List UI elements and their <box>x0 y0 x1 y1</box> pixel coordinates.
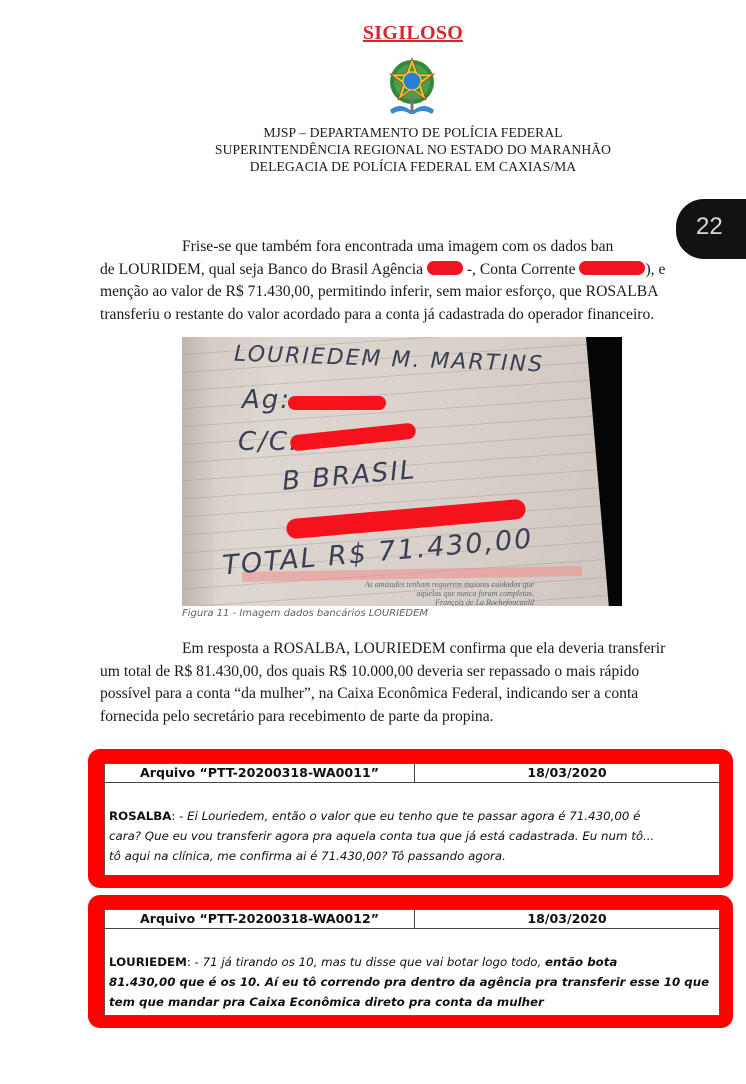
text-segment: -, Conta Corrente <box>463 261 580 278</box>
header-line-ministry: MJSP – DEPARTAMENTO DE POLÍCIA FEDERAL <box>0 125 746 141</box>
speaker-separator: : - <box>187 955 203 969</box>
printed-quote: As amizades tenham requerem maiores cuid… <box>314 580 534 606</box>
transcript-date: 18/03/2020 <box>415 764 719 782</box>
transcript-highlight-box: Arquivo “PTT-20200318-WA0011” 18/03/2020… <box>88 749 733 888</box>
speaker-name: LOURIEDEM <box>109 955 187 969</box>
quote-line: As amizades tenham requerem maiores cuid… <box>314 580 534 589</box>
redaction-mark <box>579 261 645 275</box>
paragraph-response: Em resposta a ROSALBA, LOURIEDEM confirm… <box>100 638 724 728</box>
quote-line: aquelas que nunca foram completas. <box>314 589 534 598</box>
transcript-text: Ei Louriedem, então o valor que eu tenho… <box>187 809 640 823</box>
quote-line: François de La Rochefoucauld <box>314 598 534 606</box>
redaction-mark <box>288 396 386 410</box>
transcript-table: Arquivo “PTT-20200318-WA0011” 18/03/2020… <box>104 763 720 876</box>
transcript-line: ROSALBA: - Ei Louriedem, então o valor q… <box>109 806 716 826</box>
speaker-separator: : - <box>171 809 187 823</box>
paragraph-line: fornecida pelo secretário para recebimen… <box>100 706 724 729</box>
speaker-name: ROSALBA <box>109 809 171 823</box>
text-segment: de LOURIDEM, qual seja Banco do Brasil A… <box>100 261 427 278</box>
figure-bank-note-photo: LOURIEDEM M. MARTINS Ag: C/C: B BRASIL T… <box>182 337 622 606</box>
transcript-header-row: Arquivo “PTT-20200318-WA0012” 18/03/2020 <box>105 910 719 929</box>
transcript-date: 18/03/2020 <box>415 910 719 928</box>
paragraph-line: de LOURIDEM, qual seja Banco do Brasil A… <box>100 259 724 282</box>
transcript-line: cara? Que eu vou transferir agora pra aq… <box>109 826 716 846</box>
transcript-text-emphasis: 81.430,00 que é os 10. Aí eu tô correndo… <box>109 975 709 989</box>
transcript-body: LOURIEDEM: - 71 já tirando os 10, mas tu… <box>109 952 716 1012</box>
paragraph-line: Em resposta a ROSALBA, LOURIEDEM confirm… <box>100 638 724 661</box>
header-line-superintendency: SUPERINTENDÊNCIA REGIONAL NO ESTADO DO M… <box>0 142 746 158</box>
transcript-line: tem que mandar pra Caixa Econômica diret… <box>109 992 716 1012</box>
classification-label: SIGILOSO <box>0 22 746 45</box>
transcript-text: tô aqui na clínica, me confirma ai é 71.… <box>109 849 506 863</box>
transcript-header-row: Arquivo “PTT-20200318-WA0011” 18/03/2020 <box>105 764 719 783</box>
header-line-delegacy: DELEGACIA DE POLÍCIA FEDERAL EM CAXIAS/M… <box>0 159 746 175</box>
figure-caption: Figura 11 - Imagem dados bancários LOURI… <box>182 608 428 619</box>
redaction-mark <box>427 261 463 275</box>
paragraph-line: transferiu o restante do valor acordado … <box>100 304 724 327</box>
paragraph-line: menção ao valor de R$ 71.430,00, permiti… <box>100 281 724 304</box>
transcript-text: 71 já tirando os 10, mas tu disse que va… <box>203 955 545 969</box>
transcript-highlight-box: Arquivo “PTT-20200318-WA0012” 18/03/2020… <box>88 895 733 1028</box>
paragraph-line: Frise-se que também fora encontrada uma … <box>100 236 724 259</box>
text-segment: ), e <box>645 261 665 278</box>
brazil-coat-of-arms-icon <box>376 52 448 124</box>
transcript-text: cara? Que eu vou transferir agora pra aq… <box>109 829 654 843</box>
transcript-line: tô aqui na clínica, me confirma ai é 71.… <box>109 846 716 866</box>
transcript-line: 81.430,00 que é os 10. Aí eu tô correndo… <box>109 972 716 992</box>
transcript-body: ROSALBA: - Ei Louriedem, então o valor q… <box>109 806 716 866</box>
transcript-line: LOURIEDEM: - 71 já tirando os 10, mas tu… <box>109 952 716 972</box>
paragraph-bank-data: Frise-se que também fora encontrada uma … <box>100 236 724 326</box>
transcript-table: Arquivo “PTT-20200318-WA0012” 18/03/2020… <box>104 909 720 1016</box>
transcript-file-name: Arquivo “PTT-20200318-WA0011” <box>105 764 415 782</box>
transcript-file-name: Arquivo “PTT-20200318-WA0012” <box>105 910 415 928</box>
paragraph-line: possível para a conta “da mulher”, na Ca… <box>100 683 724 706</box>
paragraph-line: um total de R$ 81.430,00, dos quais R$ 1… <box>100 661 724 684</box>
transcript-text-emphasis: tem que mandar pra Caixa Econômica diret… <box>109 995 544 1009</box>
handwritten-agency-label: Ag: <box>242 385 291 415</box>
transcript-text-emphasis: então bota <box>545 955 617 969</box>
